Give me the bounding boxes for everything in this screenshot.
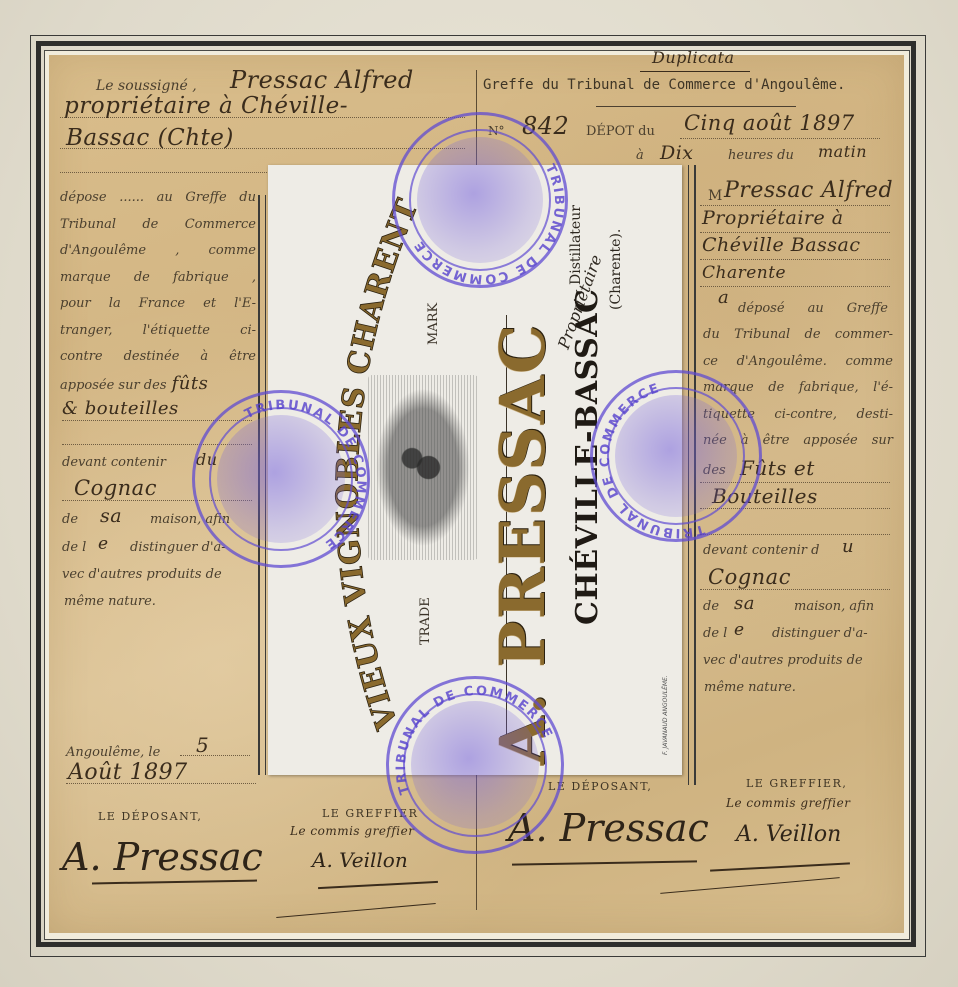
right-hand-line-4: Charente (702, 263, 786, 283)
stamp-text: TRIBUNAL DE COMMERCE (389, 679, 557, 797)
time-period-hand: matin (818, 142, 867, 161)
printer-credit: F. JAVANAUD ANGOULÊME. (662, 675, 669, 755)
greffier-label-right: LE GREFFIER, (746, 777, 847, 790)
right-devant-label: devant contenir d (703, 543, 819, 558)
date-day-hand: 5 (196, 733, 209, 757)
intro-label: Le soussigné , (96, 78, 197, 94)
right-hand-line-2: Propriétaire à (702, 207, 844, 229)
right-devant-hand: u (842, 536, 854, 557)
left-line: contre destinée à être (60, 344, 256, 371)
right-distinguer-label: distinguer d'a- (772, 626, 868, 641)
svg-text:TRIBUNAL DE COMMERCE: TRIBUNAL DE COMMERCE (411, 161, 571, 291)
stamp-seal-icon: TRIBUNAL DE COMMERCE (195, 393, 373, 571)
intro-hand-name: Pressac Alfred (230, 66, 414, 94)
del-hand: e (98, 534, 109, 554)
right-col-first-line: déposé au Greffe (738, 296, 888, 323)
right-name-hand: Pressac Alfred (724, 178, 893, 203)
place-label: Angoulême, le (66, 745, 160, 760)
depot-label: DÉPOT du (586, 124, 655, 139)
left-line: marque de fabrique , (60, 265, 256, 292)
right-de-label: de (703, 599, 719, 614)
stamp-text: TRIBUNAL DE COMMERCE (411, 161, 571, 291)
hand-line-2: propriétaire à Chéville- (64, 93, 348, 119)
duplicata-annotation: Duplicata (652, 48, 735, 67)
stamp-seal-icon: TRIBUNAL DE COMMERCE (395, 115, 571, 291)
left-line: d'Angoulême , comme (60, 238, 256, 265)
hand-fill-1: fûts (172, 373, 209, 394)
region-name: (Charente). (608, 229, 624, 310)
tribunal-stamp: TRIBUNAL DE COMMERCE (590, 370, 762, 542)
time-hand: Dix (660, 142, 694, 164)
left-line: pour la France et l'E- (60, 291, 256, 318)
right-maison-label: maison, afin (794, 599, 874, 614)
dotted-line (66, 783, 256, 784)
dotted-line (180, 755, 250, 756)
left-line: tranger, l'étiquette ci- (60, 318, 256, 345)
right-product-hand: Cognac (708, 565, 791, 589)
dotted-line (680, 138, 880, 139)
de-hand: sa (100, 505, 122, 527)
right-de-hand: sa (734, 593, 755, 614)
svg-text:TRIBUNAL DE COMMERCE: TRIBUNAL DE COMMERCE (242, 393, 373, 555)
left-line: Tribunal de Commerce (60, 212, 256, 239)
right-line: déposé au Greffe (738, 296, 888, 323)
header-ornament (596, 106, 796, 107)
time-suffix: heures du (728, 148, 794, 163)
product-hand: Cognac (74, 476, 157, 500)
stamp-text: TRIBUNAL DE COMMERCE (242, 393, 373, 555)
right-hand-line-3: Chéville Bassac (702, 234, 861, 256)
m-label: M (708, 188, 722, 204)
right-a-hand: a (718, 287, 729, 308)
duplicata-underline (640, 71, 750, 72)
stamp-seal-icon: TRIBUNAL DE COMMERCE (389, 679, 567, 857)
dotted-line (700, 259, 890, 260)
left-line: apposée sur des (60, 378, 167, 393)
hand-fill-2: & bouteilles (62, 398, 179, 419)
dotted-line (700, 589, 890, 590)
devant-label: devant contenir (62, 455, 166, 470)
meme-label: même nature. (64, 594, 156, 609)
dotted-line (700, 205, 890, 206)
deposant-label-left: LE DÉPOSANT, (98, 810, 202, 823)
svg-text:TRIBUNAL DE COMMERCE: TRIBUNAL DE COMMERCE (389, 679, 557, 797)
right-line: ce d'Angoulême. comme (703, 349, 893, 376)
time-prefix: à (636, 148, 644, 163)
de-label: de (62, 512, 78, 527)
del-label: de l (62, 540, 86, 555)
stamp-seal-icon: TRIBUNAL DE COMMERCE (593, 373, 765, 545)
signature-greffier-right: A. Veillon (736, 822, 841, 847)
tribunal-stamp: TRIBUNAL DE COMMERCE (192, 390, 370, 568)
right-avec-label: vec d'autres produits de (703, 653, 863, 668)
svg-text:TRIBUNAL DE COMMERCE: TRIBUNAL DE COMMERCE (593, 381, 713, 545)
stamp-text: TRIBUNAL DE COMMERCE (593, 381, 713, 545)
dotted-line (700, 232, 890, 233)
tribunal-stamp: TRIBUNAL DE COMMERCE (386, 676, 564, 854)
date-hand: Août 1897 (68, 760, 188, 785)
right-line: du Tribunal de commer- (703, 322, 893, 349)
signature-deposant-left: A. Pressac (62, 835, 263, 879)
trade-word: TRADE (418, 597, 433, 645)
right-del-hand: e (734, 620, 745, 640)
tribunal-stamp: TRIBUNAL DE COMMERCE (392, 112, 568, 288)
hand-line-3: Bassac (Chte) (66, 125, 234, 151)
right-meme-label: même nature. (704, 680, 796, 695)
right-del-label: de l (703, 626, 727, 641)
header-title: Greffe du Tribunal de Commerce d'Angoulê… (483, 77, 845, 93)
harvest-engraving-image (368, 375, 478, 560)
commis-hand-right: Le commis greffier (726, 796, 850, 810)
depot-date-hand: Cinq août 1897 (684, 111, 855, 135)
left-line: dépose ...... au Greffe du (60, 185, 256, 212)
left-column-body: dépose ...... au Greffe du Tribunal de C… (60, 185, 256, 397)
mark-word: MARK (426, 303, 441, 345)
